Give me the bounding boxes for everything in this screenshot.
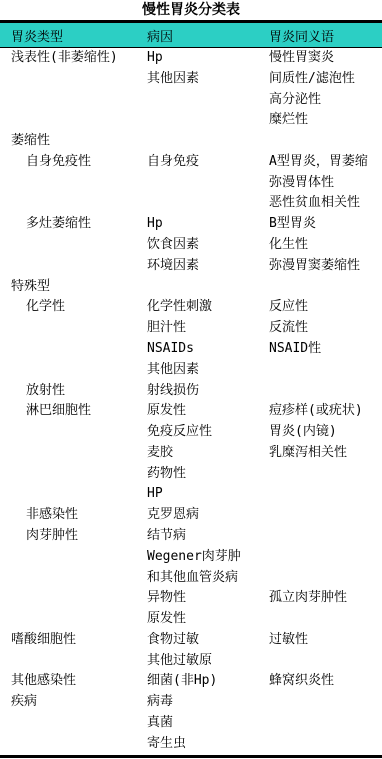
cell-type: 非感染性 xyxy=(0,505,147,526)
cell-cause: 其他过敏原 xyxy=(147,651,269,672)
table-row: 弥漫胃体性 xyxy=(0,173,382,194)
cell-cause: Wegener肉芽肿 xyxy=(147,547,269,568)
cell-type xyxy=(0,422,147,443)
cell-cause xyxy=(147,193,269,214)
table-row: 肉芽肿性结节病 xyxy=(0,526,382,547)
cell-type xyxy=(0,484,147,505)
document-page: 慢性胃炎分类表 胃炎类型 病因 胃炎同义语 浅表性(非萎缩性)Hp慢性胃窦炎其他… xyxy=(0,0,382,759)
cell-type xyxy=(0,193,147,214)
table-header: 胃炎类型 病因 胃炎同义语 xyxy=(0,23,382,48)
cell-synonym xyxy=(269,547,382,568)
table-row: HP xyxy=(0,484,382,505)
cell-type xyxy=(0,734,147,755)
table-row: 其他因素间质性/滤泡性 xyxy=(0,69,382,90)
column-header-etiology: 病因 xyxy=(147,26,269,45)
cell-synonym: 慢性胃窦炎 xyxy=(269,48,382,69)
table-row: 糜烂性 xyxy=(0,110,382,131)
table-row: 非感染性克罗恩病 xyxy=(0,505,382,526)
cell-cause xyxy=(147,173,269,194)
cell-cause xyxy=(147,131,269,152)
cell-cause xyxy=(147,110,269,131)
table-row: 萎缩性 xyxy=(0,131,382,152)
column-header-synonym: 胃炎同义语 xyxy=(269,26,382,45)
cell-cause: 寄生虫 xyxy=(147,734,269,755)
cell-type: 放射性 xyxy=(0,381,147,402)
cell-type xyxy=(0,360,147,381)
table-row: 其他过敏原 xyxy=(0,651,382,672)
cell-synonym: B型胃炎 xyxy=(269,214,382,235)
cell-synonym: 乳糜泻相关性 xyxy=(269,443,382,464)
table-row: 恶性贫血相关性 xyxy=(0,193,382,214)
cell-synonym: NSAID性 xyxy=(269,339,382,360)
table-row: 特殊型 xyxy=(0,277,382,298)
cell-type xyxy=(0,713,147,734)
table-row: 异物性孤立肉芽肿性 xyxy=(0,588,382,609)
cell-type: 嗜酸细胞性 xyxy=(0,630,147,651)
cell-synonym xyxy=(269,381,382,402)
cell-synonym xyxy=(269,734,382,755)
cell-synonym xyxy=(269,568,382,589)
cell-type: 淋巴细胞性 xyxy=(0,401,147,422)
cell-cause: 食物过敏 xyxy=(147,630,269,651)
cell-synonym xyxy=(269,131,382,152)
table-row: 自身免疫性自身免疫A型胃炎，胃萎缩 xyxy=(0,152,382,173)
cell-cause: 克罗恩病 xyxy=(147,505,269,526)
cell-synonym xyxy=(269,609,382,630)
cell-cause xyxy=(147,90,269,111)
cell-cause: 化学性刺激 xyxy=(147,297,269,318)
cell-type: 多灶萎缩性 xyxy=(0,214,147,235)
table-row: 高分泌性 xyxy=(0,90,382,111)
cell-type xyxy=(0,443,147,464)
cell-synonym: 糜烂性 xyxy=(269,110,382,131)
cell-type: 疾病 xyxy=(0,692,147,713)
cell-type xyxy=(0,318,147,339)
table-body: 浅表性(非萎缩性)Hp慢性胃窦炎其他因素间质性/滤泡性高分泌性糜烂性萎缩性自身免… xyxy=(0,48,382,755)
cell-type xyxy=(0,609,147,630)
cell-type xyxy=(0,110,147,131)
cell-synonym: 化生性 xyxy=(269,235,382,256)
cell-cause: Hp xyxy=(147,48,269,69)
cell-synonym xyxy=(269,464,382,485)
cell-synonym: 过敏性 xyxy=(269,630,382,651)
cell-type xyxy=(0,339,147,360)
cell-cause: 免疫反应性 xyxy=(147,422,269,443)
cell-type xyxy=(0,464,147,485)
cell-synonym: A型胃炎，胃萎缩 xyxy=(269,152,382,173)
cell-cause: 饮食因素 xyxy=(147,235,269,256)
cell-cause: 结节病 xyxy=(147,526,269,547)
cell-type xyxy=(0,651,147,672)
cell-cause: 麦胶 xyxy=(147,443,269,464)
table-row: 胆汁性反流性 xyxy=(0,318,382,339)
cell-synonym: 弥漫胃体性 xyxy=(269,173,382,194)
table-row: 淋巴细胞性原发性痘疹样(或疣状) xyxy=(0,401,382,422)
cell-synonym xyxy=(269,360,382,381)
cell-synonym xyxy=(269,277,382,298)
table-row: 免疫反应性胃炎(内镜) xyxy=(0,422,382,443)
cell-synonym: 间质性/滤泡性 xyxy=(269,69,382,90)
cell-cause: 异物性 xyxy=(147,588,269,609)
cell-synonym: 胃炎(内镜) xyxy=(269,422,382,443)
cell-cause: 胆汁性 xyxy=(147,318,269,339)
cell-type xyxy=(0,235,147,256)
cell-type: 其他感染性 xyxy=(0,671,147,692)
cell-cause: 药物性 xyxy=(147,464,269,485)
cell-type: 肉芽肿性 xyxy=(0,526,147,547)
cell-type xyxy=(0,547,147,568)
table-row: 化学性化学性刺激反应性 xyxy=(0,297,382,318)
cell-type xyxy=(0,90,147,111)
cell-type xyxy=(0,69,147,90)
cell-type: 化学性 xyxy=(0,297,147,318)
table-row: 其他因素 xyxy=(0,360,382,381)
cell-cause: 环境因素 xyxy=(147,256,269,277)
table-row: 原发性 xyxy=(0,609,382,630)
table-row: 寄生虫 xyxy=(0,734,382,755)
cell-cause: 细菌(非Hp) xyxy=(147,671,269,692)
cell-cause: HP xyxy=(147,484,269,505)
cell-type xyxy=(0,568,147,589)
cell-type: 萎缩性 xyxy=(0,131,147,152)
cell-synonym: 高分泌性 xyxy=(269,90,382,111)
table-row: 浅表性(非萎缩性)Hp慢性胃窦炎 xyxy=(0,48,382,69)
cell-type: 特殊型 xyxy=(0,277,147,298)
cell-synonym xyxy=(269,505,382,526)
table-row: NSAIDsNSAID性 xyxy=(0,339,382,360)
table-row: 麦胶乳糜泻相关性 xyxy=(0,443,382,464)
column-header-gastritis-type: 胃炎类型 xyxy=(0,26,147,45)
cell-synonym: 恶性贫血相关性 xyxy=(269,193,382,214)
cell-synonym xyxy=(269,692,382,713)
cell-cause: 和其他血管炎病 xyxy=(147,568,269,589)
table-row: 环境因素弥漫胃窦萎缩性 xyxy=(0,256,382,277)
cell-type: 自身免疫性 xyxy=(0,152,147,173)
table-row: 放射性射线损伤 xyxy=(0,381,382,402)
cell-synonym: 蜂窝织炎性 xyxy=(269,671,382,692)
cell-cause: 病毒 xyxy=(147,692,269,713)
cell-synonym: 痘疹样(或疣状) xyxy=(269,401,382,422)
cell-synonym xyxy=(269,484,382,505)
cell-cause: 自身免疫 xyxy=(147,152,269,173)
table-row: Wegener肉芽肿 xyxy=(0,547,382,568)
table-row: 饮食因素化生性 xyxy=(0,235,382,256)
cell-type xyxy=(0,588,147,609)
table-title: 慢性胃炎分类表 xyxy=(0,0,382,20)
cell-synonym: 反流性 xyxy=(269,318,382,339)
cell-synonym: 弥漫胃窦萎缩性 xyxy=(269,256,382,277)
cell-cause xyxy=(147,277,269,298)
table-row: 真菌 xyxy=(0,713,382,734)
table-row: 多灶萎缩性HpB型胃炎 xyxy=(0,214,382,235)
cell-synonym xyxy=(269,651,382,672)
cell-cause: 原发性 xyxy=(147,609,269,630)
table-row: 药物性 xyxy=(0,464,382,485)
cell-cause: 其他因素 xyxy=(147,69,269,90)
cell-synonym: 反应性 xyxy=(269,297,382,318)
cell-cause: 真菌 xyxy=(147,713,269,734)
classification-table: 胃炎类型 病因 胃炎同义语 浅表性(非萎缩性)Hp慢性胃窦炎其他因素间质性/滤泡… xyxy=(0,20,382,758)
cell-synonym: 孤立肉芽肿性 xyxy=(269,588,382,609)
cell-cause: Hp xyxy=(147,214,269,235)
cell-synonym xyxy=(269,713,382,734)
cell-cause: 射线损伤 xyxy=(147,381,269,402)
cell-type xyxy=(0,173,147,194)
table-row: 疾病病毒 xyxy=(0,692,382,713)
cell-cause: 原发性 xyxy=(147,401,269,422)
table-row: 嗜酸细胞性食物过敏过敏性 xyxy=(0,630,382,651)
cell-synonym xyxy=(269,526,382,547)
cell-cause: NSAIDs xyxy=(147,339,269,360)
cell-cause: 其他因素 xyxy=(147,360,269,381)
cell-type: 浅表性(非萎缩性) xyxy=(0,48,147,69)
table-row: 和其他血管炎病 xyxy=(0,568,382,589)
cell-type xyxy=(0,256,147,277)
table-row: 其他感染性细菌(非Hp)蜂窝织炎性 xyxy=(0,671,382,692)
